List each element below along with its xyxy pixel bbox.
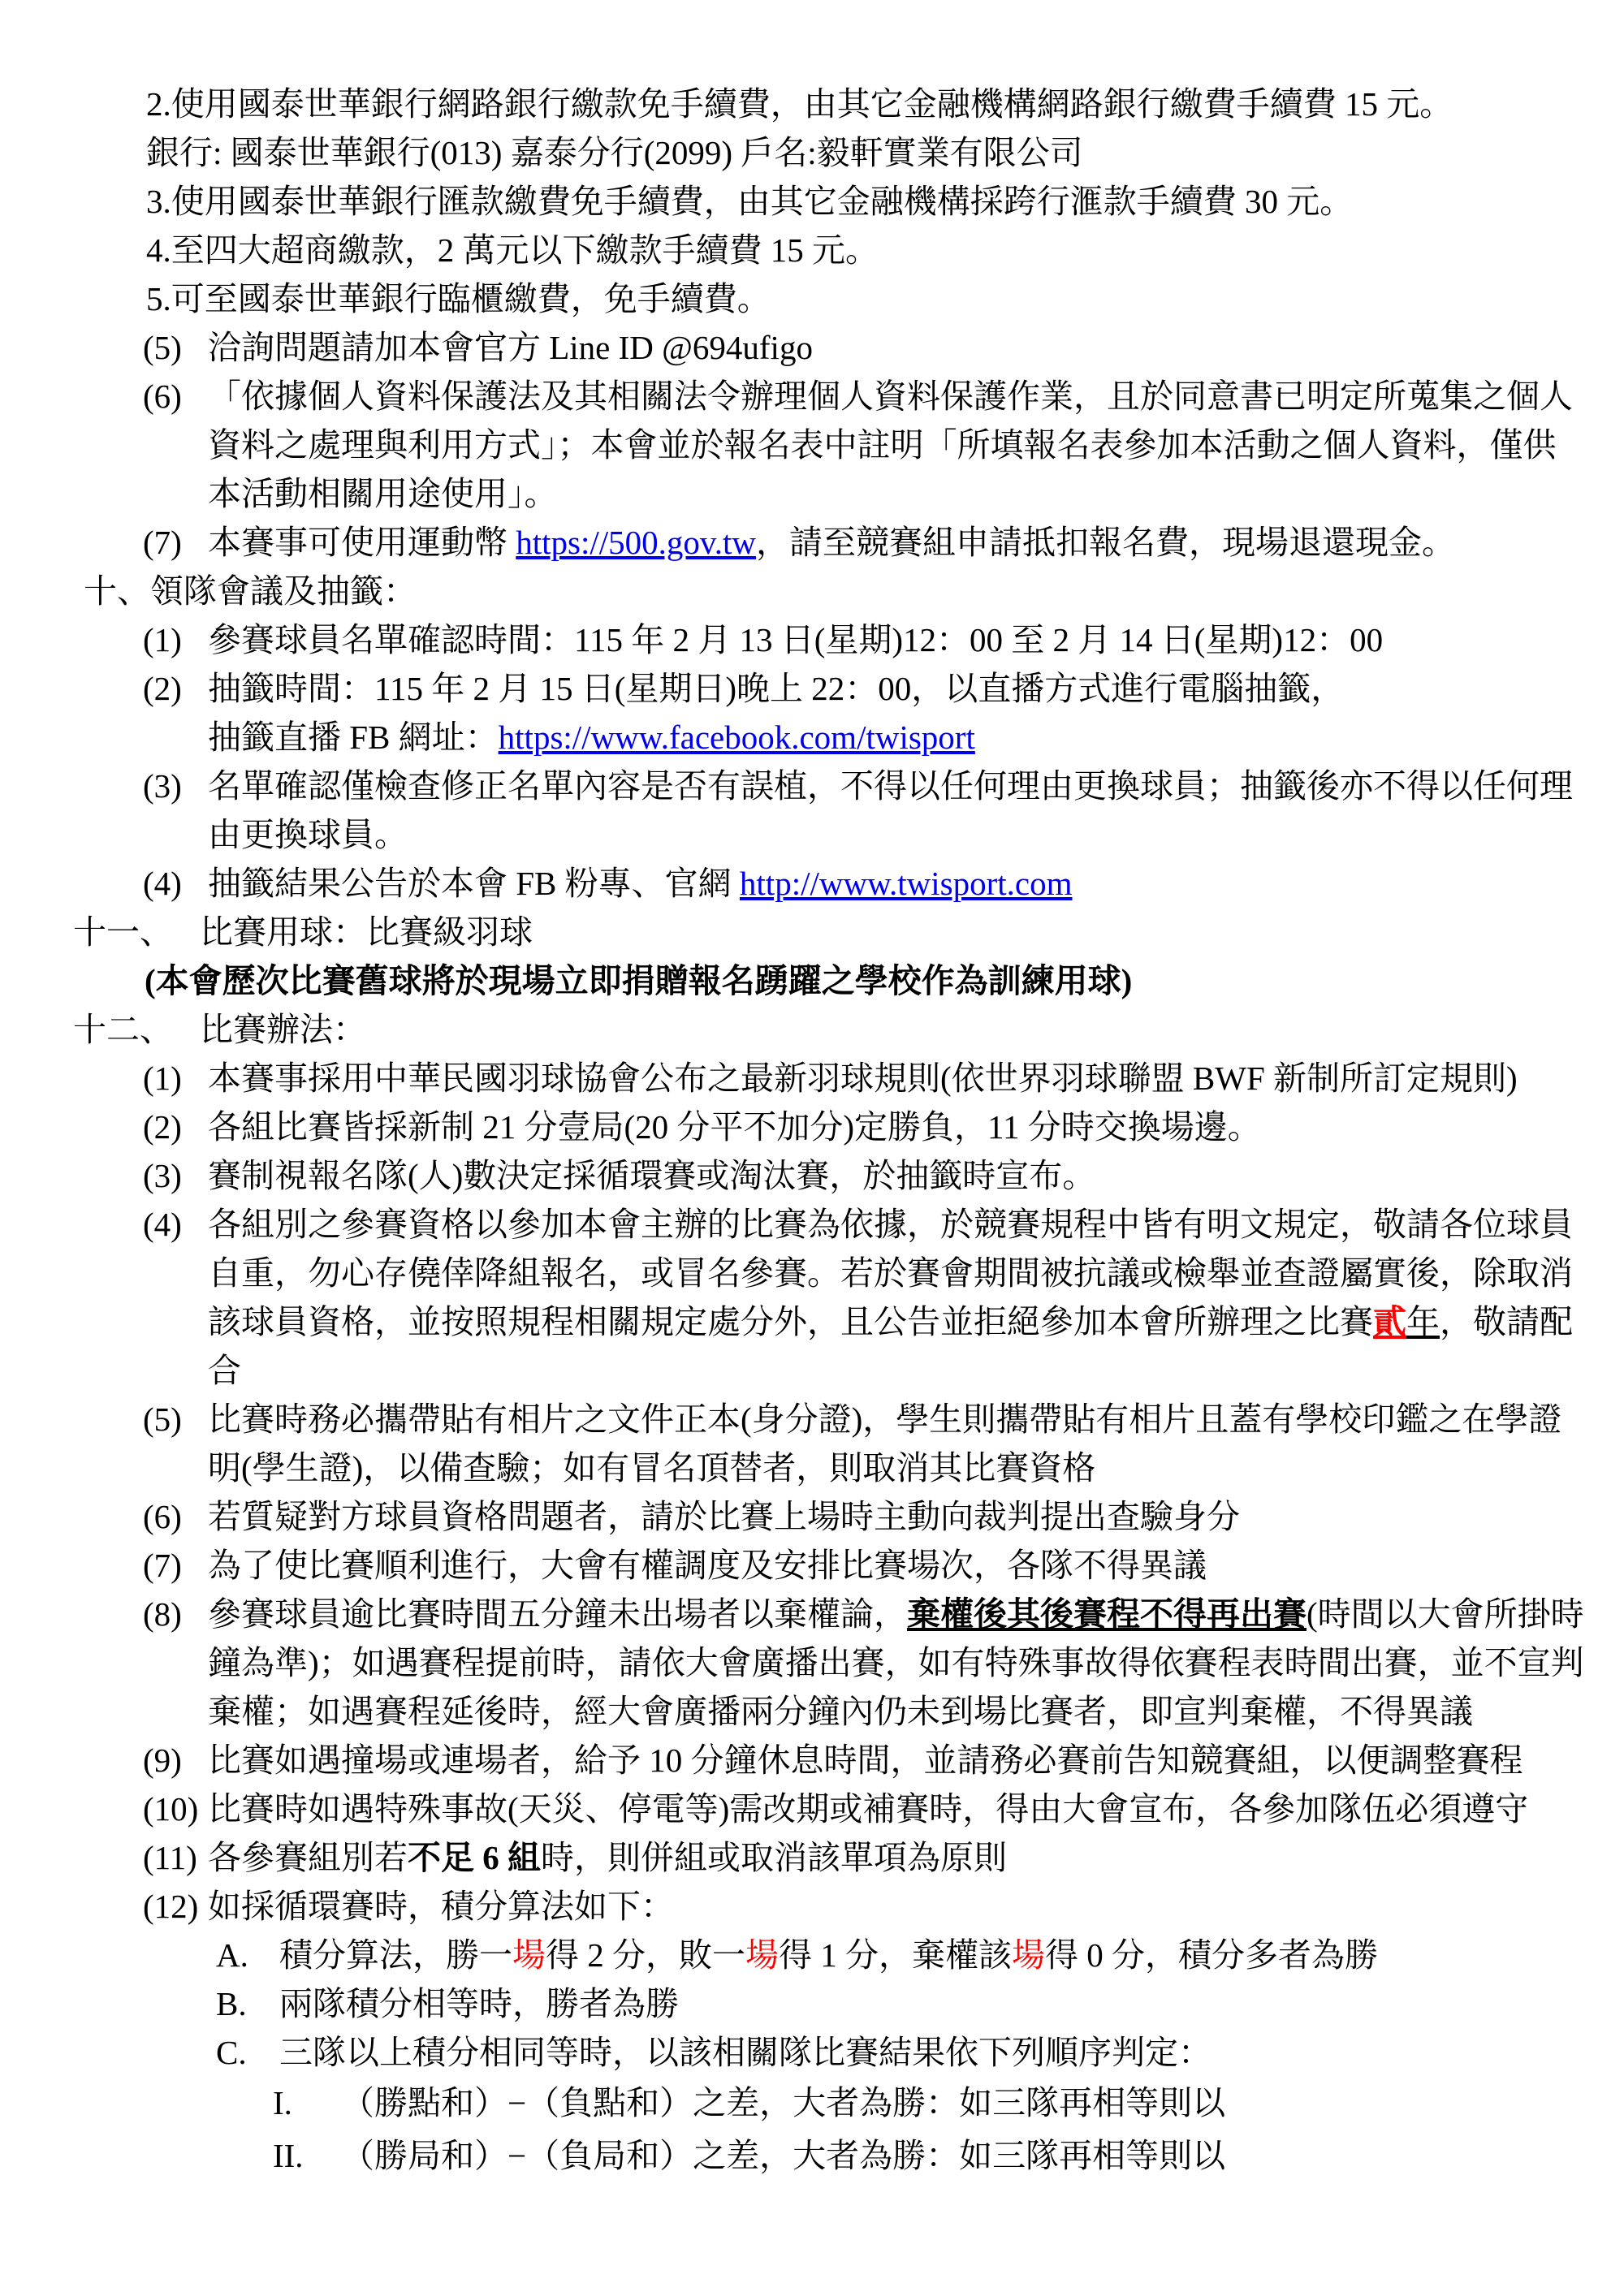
text-line: 由更換球員。 xyxy=(208,810,1624,859)
document-page: 2.使用國泰世華銀行網路銀行繳款免手續費，由其它金融機構網路銀行繳費手續費 15… xyxy=(0,0,1624,2182)
text-line: II.（勝局和）−（負局和）之差，大者為勝：如三隊再相等則以 xyxy=(273,2130,1624,2182)
text-line: 十二、比賽辦法： xyxy=(73,1005,1624,1054)
text-segment: 十、領隊會議及抽籤： xyxy=(84,572,417,610)
text-segment: 由更換球員。 xyxy=(208,816,408,853)
text-line: (12)如採循環賽時，積分算法如下： xyxy=(143,1882,1624,1931)
text-line: (8)參賽球員逾比賽時間五分鐘未出場者以棄權論，棄權後其後賽程不得再出賽(時間以… xyxy=(143,1590,1624,1638)
list-marker: (9) xyxy=(143,1736,208,1785)
text-segment: 參賽球員名單確認時間：115 年 2 月 13 日(星期)12：00 至 2 月… xyxy=(208,621,1383,658)
list-marker: (7) xyxy=(143,518,208,567)
text-segment: 本賽事採用中華民國羽球協會公布之最新羽球規則(依世界羽球聯盟 BWF 新制所訂定… xyxy=(208,1060,1518,1097)
text-segment: 明(學生證)，以備查驗；如有冒名頂替者，則取消其比賽資格 xyxy=(208,1449,1095,1487)
text-segment: 4.至四大超商繳款，2 萬元以下繳款手續費 15 元。 xyxy=(146,231,879,269)
text-line: 抽籤直播 FB 網址：https://www.facebook.com/twis… xyxy=(208,713,1624,762)
list-marker: (6) xyxy=(143,1492,208,1541)
text-line: (7)為了使比賽順利進行，大會有權調度及安排比賽場次，各隊不得異議 xyxy=(143,1541,1624,1590)
text-line: 該球員資格，並按照規程相關規定處分外，且公告並拒絕參加本會所辦理之比賽貳年，敬請… xyxy=(208,1297,1624,1346)
text-segment: 得 2 分，敗一 xyxy=(546,1936,745,1974)
text-line: (5)洽詢問題請加本會官方 Line ID @694ufigo xyxy=(143,323,1624,372)
text-line: (1)參賽球員名單確認時間：115 年 2 月 13 日(星期)12：00 至 … xyxy=(143,615,1624,664)
list-marker: (12) xyxy=(143,1882,208,1931)
list-marker: (11) xyxy=(143,1833,208,1882)
text-segment: 自重，勿心存僥倖降組報名，或冒名參賽。若於賽會期間被抗議或檢舉並查證屬實後，除取… xyxy=(208,1254,1573,1292)
emphasized-text: 貳 xyxy=(1373,1303,1406,1340)
text-line: 3.使用國泰世華銀行匯款繳費免手續費，由其它金融機構採跨行滙款手續費 30 元。 xyxy=(146,177,1624,226)
text-segment: 本賽事可使用運動幣 xyxy=(208,524,516,561)
text-segment: 棄權；如遇賽程延後時，經大會廣播兩分鐘內仍未到場比賽者，即宣判棄權，不得異議 xyxy=(208,1693,1473,1730)
text-line: 4.至四大超商繳款，2 萬元以下繳款手續費 15 元。 xyxy=(146,226,1624,274)
emphasized-text: 場 xyxy=(512,1936,546,1974)
emphasized-text: 不足 6 組 xyxy=(408,1839,541,1876)
text-line: 明(學生證)，以備查驗；如有冒名頂替者，則取消其比賽資格 xyxy=(208,1444,1624,1492)
text-segment: 各參賽組別若 xyxy=(208,1839,408,1876)
text-line: 自重，勿心存僥倖降組報名，或冒名參賽。若於賽會期間被抗議或檢舉並查證屬實後，除取… xyxy=(208,1249,1624,1297)
text-segment: (時間以大會所掛時 xyxy=(1307,1595,1584,1633)
text-segment: 得 1 分，棄權該 xyxy=(779,1936,1012,1974)
text-segment: 名單確認僅檢查修正名單內容是否有誤植，不得以任何理由更換球員；抽籤後亦不得以任何… xyxy=(208,767,1573,805)
text-line: (2)各組比賽皆採新制 21 分壹局(20 分平不加分)定勝負，11 分時交換場… xyxy=(143,1103,1624,1151)
text-line: (4)抽籤結果公告於本會 FB 粉專、官網 http://www.twispor… xyxy=(143,859,1624,908)
text-segment: 參賽球員逾比賽時間五分鐘未出場者以棄權論， xyxy=(208,1595,907,1633)
list-marker: 十一、 xyxy=(73,908,200,956)
text-line: 本活動相關用途使用」。 xyxy=(208,469,1624,518)
list-marker: (5) xyxy=(143,1395,208,1444)
text-segment: 若質疑對方球員資格問題者，請於比賽上場時主動向裁判提出查驗身分 xyxy=(208,1498,1240,1535)
text-line: 5.可至國泰世華銀行臨櫃繳費，免手續費。 xyxy=(146,274,1624,323)
text-line: 十一、比賽用球：比賽級羽球 xyxy=(73,908,1624,956)
text-segment: 銀行: 國泰世華銀行(013) 嘉泰分行(2099) 戶名:毅軒實業有限公司 xyxy=(146,134,1083,171)
text-segment: 抽籤時間：115 年 2 月 15 日(星期日)晚上 22：00，以直播方式進行… xyxy=(208,670,1344,707)
text-line: (本會歷次比賽舊球將於現場立即捐贈報名踴躍之學校作為訓練用球) xyxy=(145,956,1624,1005)
list-marker: B. xyxy=(216,1979,279,2028)
text-line: (9)比賽如遇撞場或連場者，給予 10 分鐘休息時間，並請務必賽前告知競賽組，以… xyxy=(143,1736,1624,1785)
list-marker: (4) xyxy=(143,1200,208,1249)
text-segment: 該球員資格，並按照規程相關規定處分外，且公告並拒絕參加本會所辦理之比賽 xyxy=(208,1303,1373,1340)
text-segment: 為了使比賽順利進行，大會有權調度及安排比賽場次，各隊不得異議 xyxy=(208,1547,1207,1584)
text-segment: ，請至競賽組申請抵扣報名費，現場退還現金。 xyxy=(756,524,1455,561)
text-segment: 比賽辦法： xyxy=(200,1011,366,1048)
emphasized-text: 年 xyxy=(1406,1303,1440,1340)
text-line: (7)本賽事可使用運動幣 https://500.gov.tw，請至競賽組申請抵… xyxy=(143,518,1624,567)
text-line: (3)賽制視報名隊(人)數決定採循環賽或淘汰賽，於抽籤時宣布。 xyxy=(143,1151,1624,1200)
text-segment: 鐘為準)；如遇賽程提前時，請依大會廣播出賽，如有特殊事故得依賽程表時間出賽，並不… xyxy=(208,1644,1584,1681)
text-segment: （勝點和）−（負點和）之差，大者為勝：如三隊再相等則以 xyxy=(341,2084,1225,2121)
text-line: 銀行: 國泰世華銀行(013) 嘉泰分行(2099) 戶名:毅軒實業有限公司 xyxy=(146,128,1624,177)
text-segment: 抽籤結果公告於本會 FB 粉專、官網 xyxy=(208,865,740,902)
text-segment: 本活動相關用途使用」。 xyxy=(208,475,558,512)
list-marker: (7) xyxy=(143,1541,208,1590)
emphasized-text: 棄權後其後賽程不得再出賽 xyxy=(907,1595,1307,1633)
text-segment: 各組別之參賽資格以參加本會主辦的比賽為依據，於競賽規程中皆有明文規定，敬請各位球… xyxy=(208,1206,1573,1243)
text-line: 十、領隊會議及抽籤： xyxy=(84,567,1624,615)
text-segment: 「依據個人資料保護法及其相關法令辦理個人資料保護作業，且於同意書已明定所蒐集之個… xyxy=(208,378,1573,415)
text-line: C.三隊以上積分相同等時，以該相關隊比賽結果依下列順序判定： xyxy=(216,2028,1624,2077)
text-segment: 比賽如遇撞場或連場者，給予 10 分鐘休息時間，並請務必賽前告知競賽組，以便調整… xyxy=(208,1741,1523,1779)
text-segment: 時，則併組或取消該單項為原則 xyxy=(541,1839,1007,1876)
text-line: (5)比賽時務必攜帶貼有相片之文件正本(身分證)，學生則攜帶貼有相片且蓋有學校印… xyxy=(143,1395,1624,1444)
list-marker: (3) xyxy=(143,1151,208,1200)
emphasized-text: 場 xyxy=(745,1936,779,1974)
text-line: 鐘為準)；如遇賽程提前時，請依大會廣播出賽，如有特殊事故得依賽程表時間出賽，並不… xyxy=(208,1638,1624,1687)
text-line: I.（勝點和）−（負點和）之差，大者為勝：如三隊再相等則以 xyxy=(273,2077,1624,2130)
list-marker: A. xyxy=(216,1931,279,1979)
text-line: (6)「依據個人資料保護法及其相關法令辦理個人資料保護作業，且於同意書已明定所蒐… xyxy=(143,372,1624,421)
list-marker: C. xyxy=(216,2028,279,2077)
list-marker: (2) xyxy=(143,1103,208,1151)
list-marker: (1) xyxy=(143,1054,208,1103)
emphasized-text: (本會歷次比賽舊球將於現場立即捐贈報名踴躍之學校作為訓練用球) xyxy=(145,962,1132,999)
emphasized-text: 場 xyxy=(1012,1936,1045,1974)
list-marker: (6) xyxy=(143,372,208,421)
list-marker: (2) xyxy=(143,664,208,713)
text-segment: 各組比賽皆採新制 21 分壹局(20 分平不加分)定勝負，11 分時交換場邊。 xyxy=(208,1108,1261,1146)
text-segment: 資料之處理與利用方式」；本會並於報名表中註明「所填報名表參加本活動之個人資料，僅… xyxy=(208,426,1557,464)
text-segment: 洽詢問題請加本會官方 Line ID @694ufigo xyxy=(208,329,813,366)
list-marker: (8) xyxy=(143,1590,208,1638)
text-segment: （勝局和）−（負局和）之差，大者為勝：如三隊再相等則以 xyxy=(341,2137,1225,2174)
list-marker: (4) xyxy=(143,859,208,908)
text-segment: 抽籤直播 FB 網址： xyxy=(208,719,499,756)
text-segment: 如採循環賽時，積分算法如下： xyxy=(208,1888,674,1925)
text-segment: 積分算法，勝一 xyxy=(279,1936,512,1974)
text-line: (6)若質疑對方球員資格問題者，請於比賽上場時主動向裁判提出查驗身分 xyxy=(143,1492,1624,1541)
text-segment: 兩隊積分相等時，勝者為勝 xyxy=(279,1985,679,2022)
text-segment: ，敬請配 xyxy=(1440,1303,1573,1340)
text-segment: 3.使用國泰世華銀行匯款繳費免手續費，由其它金融機構採跨行滙款手續費 30 元。 xyxy=(146,183,1353,220)
link-500gov[interactable]: https://500.gov.tw xyxy=(516,524,756,561)
list-marker: (3) xyxy=(143,762,208,810)
list-marker: (10) xyxy=(143,1785,208,1833)
text-segment: 比賽時如遇特殊事故(天災、停電等)需改期或補賽時，得由大會宣布，各參加隊伍必須遵… xyxy=(208,1790,1528,1828)
text-segment: 比賽用球：比賽級羽球 xyxy=(200,913,533,951)
text-line: (4)各組別之參賽資格以參加本會主辦的比賽為依據，於競賽規程中皆有明文規定，敬請… xyxy=(143,1200,1624,1249)
list-marker: (5) xyxy=(143,323,208,372)
list-marker: II. xyxy=(273,2130,341,2182)
text-line: A.積分算法，勝一場得 2 分，敗一場得 1 分，棄權該場得 0 分，積分多者為… xyxy=(216,1931,1624,1979)
text-line: 資料之處理與利用方式」；本會並於報名表中註明「所填報名表參加本活動之個人資料，僅… xyxy=(208,421,1624,469)
text-segment: 2.使用國泰世華銀行網路銀行繳款免手續費，由其它金融機構網路銀行繳費手續費 15… xyxy=(146,85,1453,123)
list-marker: 十二、 xyxy=(73,1005,200,1054)
text-segment: 比賽時務必攜帶貼有相片之文件正本(身分證)，學生則攜帶貼有相片且蓋有學校印鑑之在… xyxy=(208,1400,1561,1438)
text-segment: 賽制視報名隊(人)數決定採循環賽或淘汰賽，於抽籤時宣布。 xyxy=(208,1157,1095,1194)
link-twisport[interactable]: http://www.twisport.com xyxy=(740,865,1073,902)
text-line: B.兩隊積分相等時，勝者為勝 xyxy=(216,1979,1624,2028)
text-segment: 三隊以上積分相同等時，以該相關隊比賽結果依下列順序判定： xyxy=(279,2034,1212,2071)
text-line: (11)各參賽組別若不足 6 組時，則併組或取消該單項為原則 xyxy=(143,1833,1624,1882)
link-facebook-twisport[interactable]: https://www.facebook.com/twisport xyxy=(499,719,975,756)
list-marker: I. xyxy=(273,2077,341,2130)
text-segment: 合 xyxy=(208,1352,241,1389)
text-segment: 得 0 分，積分多者為勝 xyxy=(1045,1936,1378,1974)
text-line: 棄權；如遇賽程延後時，經大會廣播兩分鐘內仍未到場比賽者，即宣判棄權，不得異議 xyxy=(208,1687,1624,1736)
text-line: 合 xyxy=(208,1346,1624,1395)
text-line: (10)比賽時如遇特殊事故(天災、停電等)需改期或補賽時，得由大會宣布，各參加隊… xyxy=(143,1785,1624,1833)
text-line: (3)名單確認僅檢查修正名單內容是否有誤植，不得以任何理由更換球員；抽籤後亦不得… xyxy=(143,762,1624,810)
text-segment: 5.可至國泰世華銀行臨櫃繳費，免手續費。 xyxy=(146,280,771,317)
text-line: (1)本賽事採用中華民國羽球協會公布之最新羽球規則(依世界羽球聯盟 BWF 新制… xyxy=(143,1054,1624,1103)
text-line: (2)抽籤時間：115 年 2 月 15 日(星期日)晚上 22：00，以直播方… xyxy=(143,664,1624,713)
text-line: 2.使用國泰世華銀行網路銀行繳款免手續費，由其它金融機構網路銀行繳費手續費 15… xyxy=(146,80,1624,128)
list-marker: (1) xyxy=(143,615,208,664)
